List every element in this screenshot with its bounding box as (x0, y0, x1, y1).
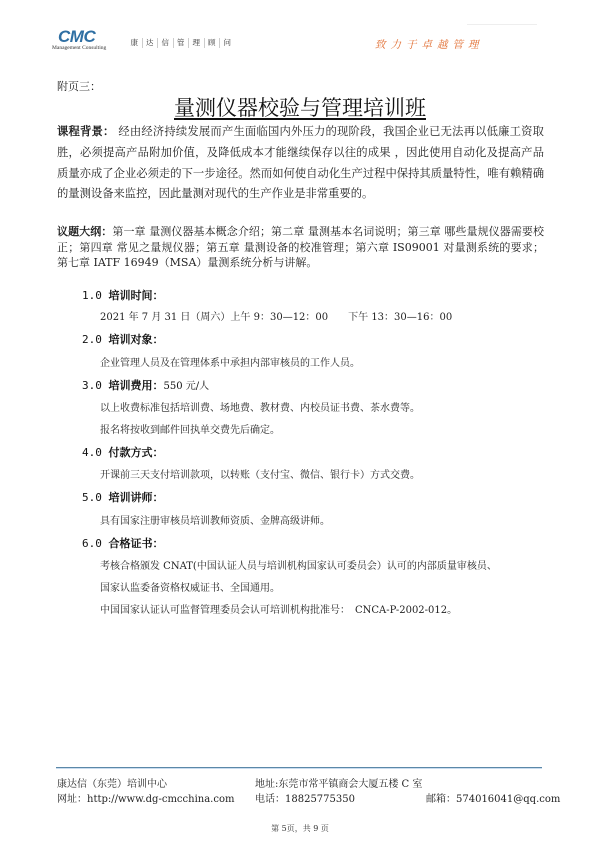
section-heading: 培训费用： (109, 379, 164, 392)
section-number: 2.0 (82, 333, 102, 346)
company-char: 顾 (205, 38, 221, 48)
section-line: 以上收费标准包括培训费、场地费、教材费、内校员证书费、茶水费等。 (100, 399, 420, 414)
section-number: 3.0 (82, 379, 102, 392)
section-heading: 培训讲师： (109, 491, 164, 504)
section-title-certificate: 6.0 合格证书： (82, 535, 164, 551)
section-title-fee: 3.0 培训费用：550 元/人 (82, 377, 209, 393)
section-title-lecturer: 5.0 培训讲师： (82, 489, 164, 505)
section-line: 国家认监委备资格权威证书、全国通用。 (100, 579, 280, 594)
footer-org: 康达信（东莞）培训中心 (57, 775, 167, 790)
section-line: 开课前三天支付培训款项，以转账（支付宝、微信、银行卡）方式交费。 (100, 466, 420, 481)
section-line: 企业管理人员及在管理体系中承担内部审核员的工作人员。 (100, 354, 360, 369)
footer-phone: 电话：18825775350 (255, 790, 355, 805)
page-number: 第 5页，共 9 页 (0, 823, 600, 834)
course-outline: 议题大纲：第一章 量测仪器基本概念介绍；第二章 量测基本名词说明；第三章 哪些量… (57, 224, 544, 271)
company-char: 康 (127, 38, 143, 48)
company-char: 问 (220, 38, 235, 48)
fee-value: 550 元/人 (164, 381, 210, 392)
section-heading: 合格证书： (109, 537, 164, 550)
document-title-wrap: 量测仪器校验与管理培训班 (0, 92, 600, 122)
section-line: 2021 年 7 月 31 日（周六）上午 9：30—12：00 下午 13：3… (100, 308, 452, 323)
section-number: 5.0 (82, 491, 102, 504)
company-char: 理 (189, 38, 205, 48)
section-title-audience: 2.0 培训对象： (82, 331, 164, 347)
section-number: 6.0 (82, 537, 102, 550)
company-char: 管 (174, 38, 190, 48)
section-number: 4.0 (82, 446, 102, 459)
background-text: 经由经济持续发展而产生面临国内外压力的现阶段，我国企业已无法再以低廉工资取胜，必… (57, 125, 544, 200)
section-title-payment: 4.0 付款方式： (82, 444, 164, 460)
footer-website[interactable]: 网址：http://www.dg-cmcchina.com (57, 790, 234, 805)
logo-mark: CMC (58, 28, 95, 45)
footer-divider (56, 767, 542, 768)
section-heading: 培训对象： (109, 333, 164, 346)
section-heading: 付款方式： (109, 446, 164, 459)
company-char: 达 (143, 38, 159, 48)
course-background: 课程背景： 经由经济持续发展而产生面临国内外压力的现阶段，我国企业已无法再以低廉… (57, 122, 544, 205)
slogan: 致力于卓越管理 (375, 37, 484, 52)
company-name: 康 达 信 管 理 顾 问 (127, 38, 235, 48)
section-line: 考核合格颁发 CNAT(中国认证人员与培训机构国家认可委员会）认可的内部质量审核… (100, 557, 497, 572)
footer-address: 地址:东莞市常平镇商会大厦五楼 C 室 (255, 775, 422, 790)
document-title: 量测仪器校验与管理培训班 (174, 96, 426, 120)
section-line: 具有国家注册审核员培训教师资质、金牌高级讲师。 (100, 512, 330, 527)
company-char: 信 (158, 38, 174, 48)
section-line: 中国国家认证认可监督管理委员会认可培训机构批准号： CNCA-P-2002-01… (100, 601, 457, 616)
cmc-logo: CMC Management Consulting (52, 28, 116, 54)
section-line: 报名将按收到邮件回执单交费先后确定。 (100, 421, 280, 436)
outline-text: 第一章 量测仪器基本概念介绍；第二章 量测基本名词说明；第三章 哪些量规仪器需要… (57, 225, 544, 269)
section-heading: 培训时间： (109, 289, 164, 302)
outline-label: 议题大纲： (57, 225, 112, 238)
page-header: CMC Management Consulting 康 达 信 管 理 顾 问 … (52, 28, 552, 56)
background-label: 课程背景： (57, 125, 115, 138)
section-title-time: 1.0 培训时间： (82, 287, 164, 303)
header-divider (467, 24, 537, 25)
footer-email[interactable]: 邮箱：574016041@qq.com (426, 790, 560, 805)
section-number: 1.0 (82, 289, 102, 302)
logo-subtitle: Management Consulting (52, 45, 106, 51)
